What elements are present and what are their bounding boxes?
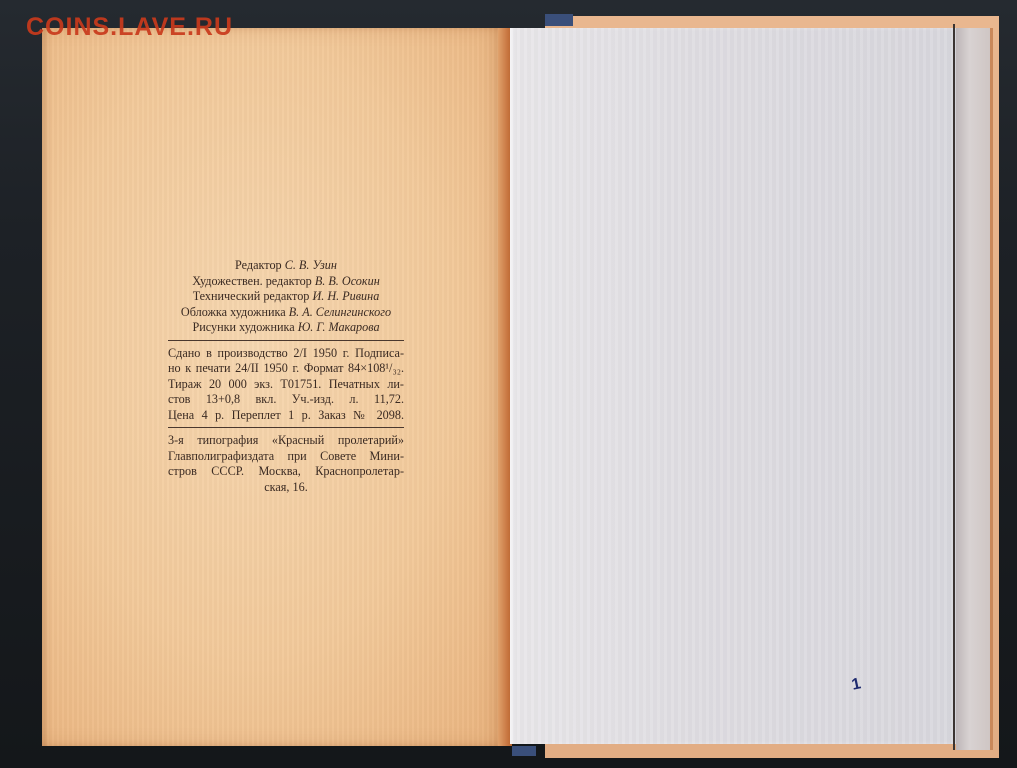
endpaper-flap	[956, 28, 993, 750]
credit-cover-artist: Обложка художника В. А. Селингинского	[168, 305, 404, 321]
credit-role: Обложка художника	[181, 305, 286, 319]
print-info-line: Тираж 20 000 экз. Т01751. Печатных ли-	[168, 377, 404, 393]
credit-name: И. Н. Ривина	[312, 289, 379, 303]
endpaper-crease	[953, 24, 955, 750]
printer-info: 3-я типография «Красный пролетарий» Глав…	[168, 433, 404, 495]
printer-info-line: стров СССР. Москва, Краснопролетар-	[168, 464, 404, 480]
credit-name: Ю. Г. Макарова	[298, 320, 380, 334]
credit-name: В. В. Осокин	[315, 274, 380, 288]
colophon: Редактор С. В. Узин Художествен. редакто…	[168, 258, 404, 495]
printer-info-line: ская, 16.	[168, 480, 404, 496]
printer-info-line: Главполиграфиздата при Совете Мини-	[168, 449, 404, 465]
watermark: COINS.LAVE.RU	[26, 13, 233, 42]
credit-editor: Редактор С. В. Узин	[168, 258, 404, 274]
print-info-line: Цена 4 р. Переплет 1 р. Заказ № 2098.	[168, 408, 404, 424]
print-info: Сдано в производство 2/I 1950 г. Подписа…	[168, 346, 404, 424]
credit-role: Рисунки художника	[192, 320, 294, 334]
divider	[168, 340, 404, 341]
credit-role: Художествен. редактор	[192, 274, 312, 288]
printer-info-line: 3-я типография «Красный пролетарий»	[168, 433, 404, 449]
spine-cloth-bottom	[512, 746, 536, 756]
credit-tech-editor: Технический редактор И. Н. Ривина	[168, 289, 404, 305]
credit-role: Редактор	[235, 258, 282, 272]
spine-cloth-top	[545, 14, 573, 26]
right-endpaper	[510, 28, 970, 744]
print-info-line: но к печати 24/II 1950 г. Формат 84×108¹…	[168, 361, 404, 377]
credit-illustrator: Рисунки художника Ю. Г. Макарова	[168, 320, 404, 336]
print-info-line: Сдано в производство 2/I 1950 г. Подписа…	[168, 346, 404, 362]
credit-art-editor: Художествен. редактор В. В. Осокин	[168, 274, 404, 290]
divider	[168, 427, 404, 428]
credit-name: С. В. Узин	[285, 258, 337, 272]
credit-role: Технический редактор	[193, 289, 310, 303]
credit-name: В. А. Селингинского	[289, 305, 391, 319]
print-info-line: стов 13+0,8 вкл. Уч.-изд. л. 11,72.	[168, 392, 404, 408]
